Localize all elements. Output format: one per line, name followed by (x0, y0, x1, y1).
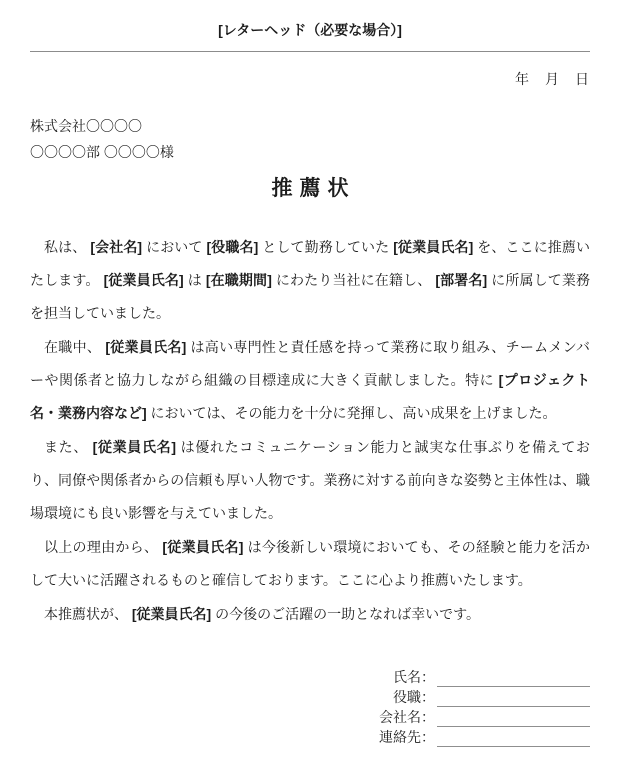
body-text: として勤務していた (258, 239, 393, 255)
paragraph: また、 [従業員氏名] は優れたコミュニケーション能力と誠実な仕事ぶりを備えてお… (30, 431, 590, 530)
body-text: 本推薦状が、 (44, 606, 132, 622)
document-title: 推薦状 (30, 175, 590, 203)
body-text: 以上の理由から、 (44, 539, 162, 555)
paragraph: 本推薦状が、 [従業員氏名] の今後のご活躍の一助となれば幸いです。 (30, 598, 590, 631)
signature-row: 連絡先： (30, 727, 590, 747)
placeholder-field: [従業員氏名] (132, 606, 211, 622)
placeholder-field: [従業員氏名] (105, 339, 186, 355)
signature-underline (437, 689, 590, 707)
body-text: の今後のご活躍の一助となれば幸いです。 (211, 606, 480, 622)
signature-label: 氏名： (393, 667, 435, 687)
placeholder-field: [従業員氏名] (393, 239, 473, 255)
placeholder-field: [部署名] (435, 272, 487, 288)
date-line: 年 月 日 (30, 69, 590, 89)
placeholder-field: [役職名] (207, 239, 259, 255)
body-text: において (142, 239, 206, 255)
signature-row: 会社名： (30, 707, 590, 727)
signature-row: 役職： (30, 687, 590, 707)
placeholder-field: [従業員氏名] (104, 272, 184, 288)
recipient-person: 〇〇〇〇部 〇〇〇〇様 (30, 139, 590, 165)
placeholder-field: [従業員氏名] (162, 539, 243, 555)
signature-underline (437, 709, 590, 727)
paragraph: 以上の理由から、 [従業員氏名] は今後新しい環境においても、その経験と能力を活… (30, 531, 590, 597)
recipient-company: 株式会社〇〇〇〇 (30, 113, 590, 139)
placeholder-field: [会社名] (90, 239, 142, 255)
body-paragraphs: 私は、 [会社名] において [役職名] として勤務していた [従業員氏名] を… (30, 231, 590, 631)
signature-label: 会社名： (379, 707, 435, 727)
signature-block: 氏名：役職：会社名：連絡先： (30, 667, 590, 747)
body-text: また、 (44, 439, 93, 455)
recipient-block: 株式会社〇〇〇〇 〇〇〇〇部 〇〇〇〇様 (30, 113, 590, 165)
paragraph: 私は、 [会社名] において [役職名] として勤務していた [従業員氏名] を… (30, 231, 590, 330)
letterhead-placeholder: [レターヘッド（必要な場合）] (30, 22, 590, 38)
placeholder-field: [従業員氏名] (93, 439, 176, 455)
placeholder-field: [在職期間] (206, 272, 272, 288)
body-text: 在職中、 (44, 339, 105, 355)
document-page: [レターヘッド（必要な場合）] 年 月 日 株式会社〇〇〇〇 〇〇〇〇部 〇〇〇… (0, 0, 620, 768)
body-text: は (184, 272, 206, 288)
body-text: 私は、 (44, 239, 90, 255)
signature-label: 連絡先： (379, 727, 435, 747)
signature-underline (437, 669, 590, 687)
signature-label: 役職： (393, 687, 435, 707)
body-text: においては、その能力を十分に発揮し、高い成果を上げました。 (147, 405, 557, 421)
paragraph: 在職中、 [従業員氏名] は高い専門性と責任感を持って業務に取り組み、チームメン… (30, 331, 590, 430)
signature-underline (437, 729, 590, 747)
body-text: にわたり当社に在籍し、 (272, 272, 436, 288)
signature-row: 氏名： (30, 667, 590, 687)
letterhead-divider (30, 51, 590, 52)
